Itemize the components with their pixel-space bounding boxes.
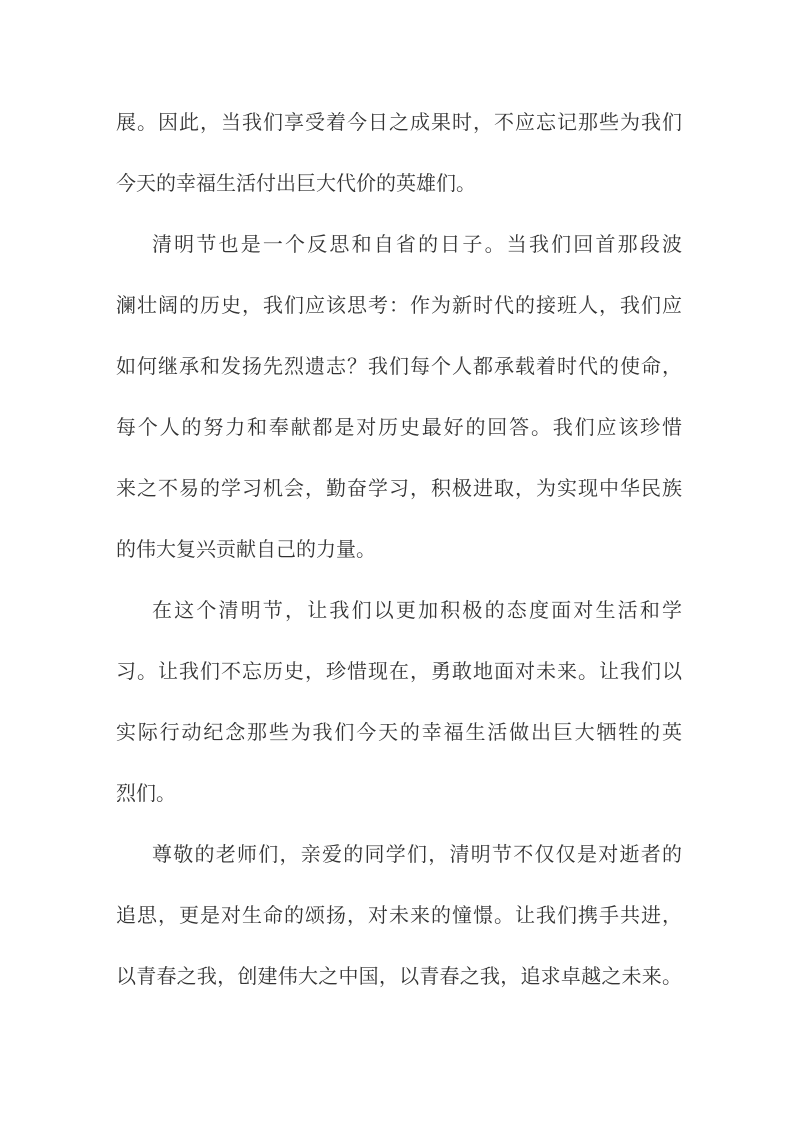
text-line: 尊敬的老师们，亲爱的同学们，清明节不仅仅是对逝者的: [116, 824, 682, 885]
paragraph: 清明节也是一个反思和自省的日子。当我们回首那段波澜壮阔的历史，我们应该思考：作为…: [116, 214, 682, 580]
text-line: 追思，更是对生命的颂扬，对未来的憧憬。让我们携手共进，: [116, 885, 682, 946]
text-line: 如何继承和发扬先烈遗志？我们每个人都承载着时代的使命，: [116, 336, 682, 397]
document-body: 展。因此，当我们享受着今日之成果时，不应忘记那些为我们今天的幸福生活付出巨大代价…: [116, 92, 682, 1007]
text-line: 清明节也是一个反思和自省的日子。当我们回首那段波: [116, 214, 682, 275]
text-line: 澜壮阔的历史，我们应该思考：作为新时代的接班人，我们应: [116, 275, 682, 336]
text-line: 的伟大复兴贡献自己的力量。: [116, 519, 682, 580]
text-line: 在这个清明节，让我们以更加积极的态度面对生活和学: [116, 580, 682, 641]
paragraph: 在这个清明节，让我们以更加积极的态度面对生活和学习。让我们不忘历史，珍惜现在，勇…: [116, 580, 682, 824]
text-line: 烈们。: [116, 763, 682, 824]
text-line: 展。因此，当我们享受着今日之成果时，不应忘记那些为我们: [116, 92, 682, 153]
text-line: 以青春之我，创建伟大之中国，以青春之我，追求卓越之未来。: [116, 946, 682, 1007]
text-line: 今天的幸福生活付出巨大代价的英雄们。: [116, 153, 682, 214]
text-line: 习。让我们不忘历史，珍惜现在，勇敢地面对未来。让我们以: [116, 641, 682, 702]
paragraph: 尊敬的老师们，亲爱的同学们，清明节不仅仅是对逝者的追思，更是对生命的颂扬，对未来…: [116, 824, 682, 1007]
text-line: 来之不易的学习机会，勤奋学习，积极进取，为实现中华民族: [116, 458, 682, 519]
document-page: 展。因此，当我们享受着今日之成果时，不应忘记那些为我们今天的幸福生活付出巨大代价…: [0, 0, 793, 1122]
text-line: 实际行动纪念那些为我们今天的幸福生活做出巨大牺牲的英: [116, 702, 682, 763]
text-line: 每个人的努力和奉献都是对历史最好的回答。我们应该珍惜: [116, 397, 682, 458]
paragraph: 展。因此，当我们享受着今日之成果时，不应忘记那些为我们今天的幸福生活付出巨大代价…: [116, 92, 682, 214]
